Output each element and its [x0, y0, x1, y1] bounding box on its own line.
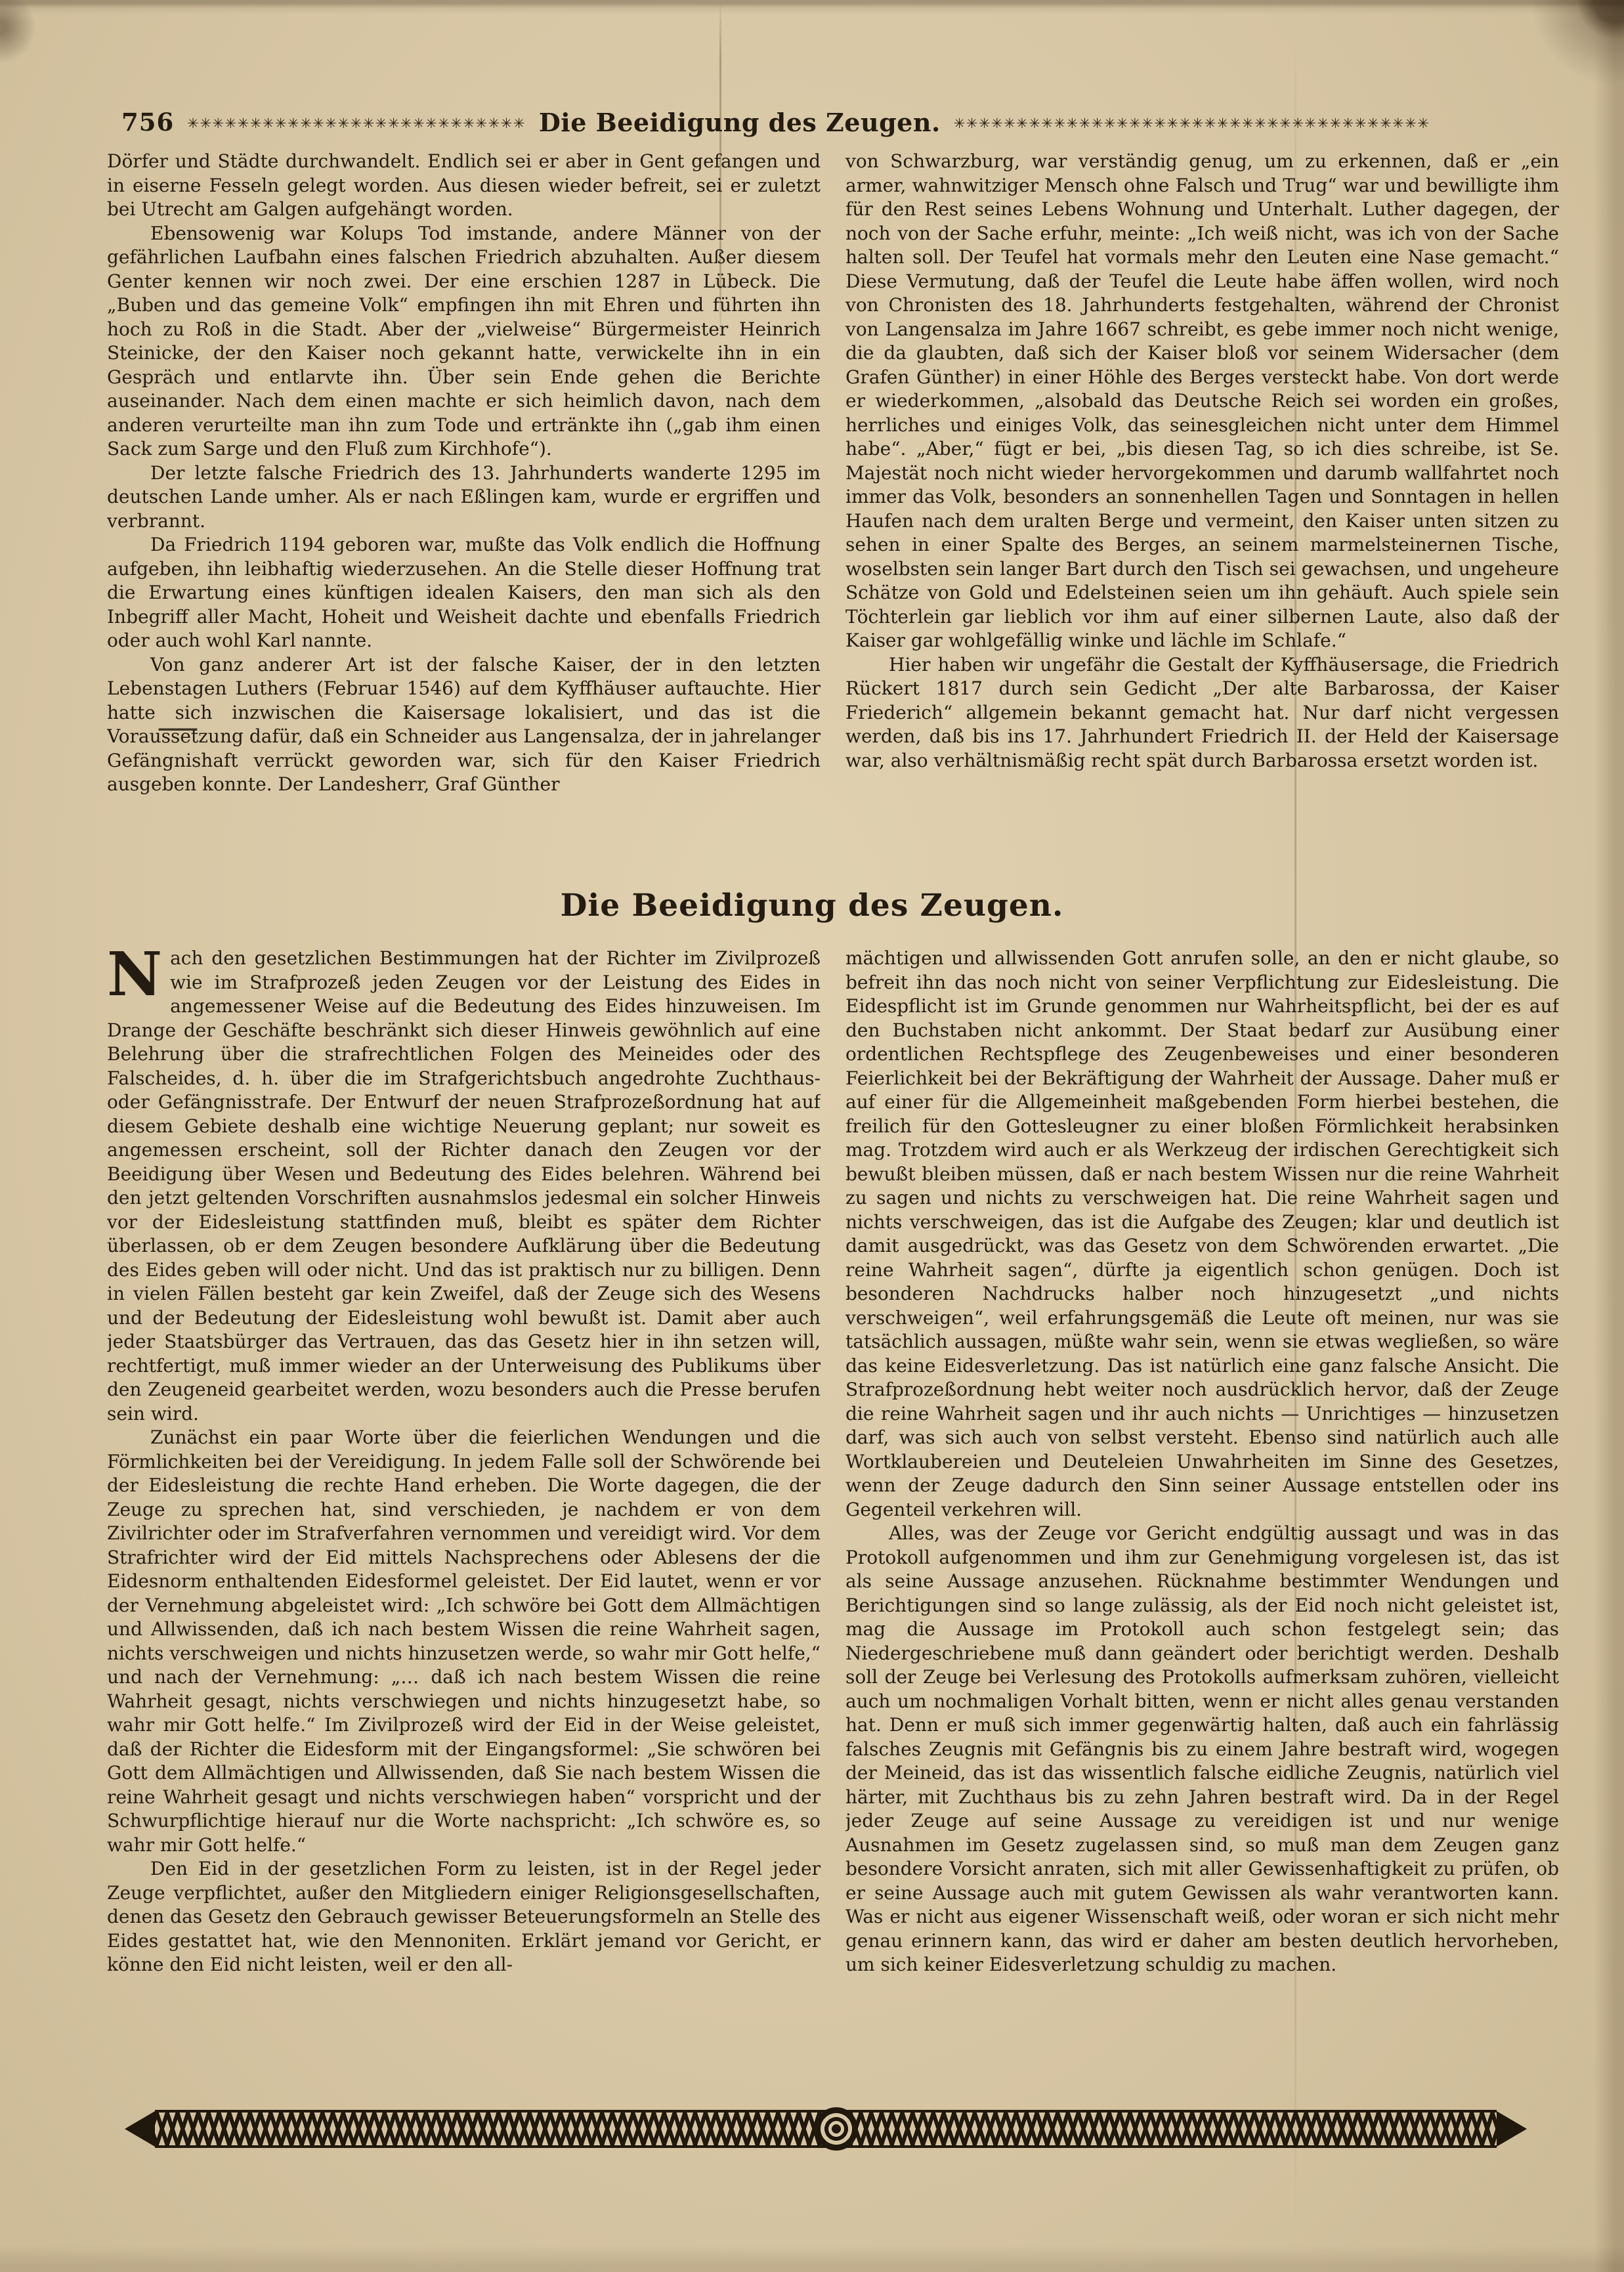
star-ornament-row-right: ✳✳✳✳✳✳✳✳✳✳✳✳✳✳✳✳✳✳✳✳✳✳✳✳✳✳✳✳✳✳✳✳✳✳✳✳✳✳: [954, 113, 1539, 131]
ornament-braid-strip: [155, 2110, 1497, 2148]
article1-columns: Dörfer und Städte durchwandelt. Endlich …: [107, 150, 1559, 886]
article2-left-column: Nach den gesetzlichen Bestimmungen hat d…: [107, 947, 821, 2084]
paragraph: von Schwarzburg, war verständig genug, u…: [845, 150, 1559, 653]
paragraph: Alles, was der Zeuge vor Gericht endgült…: [845, 1522, 1559, 1977]
star-ornament-row-left: ✳✳✳✳✳✳✳✳✳✳✳✳✳✳✳✳✳✳✳✳✳✳✳✳✳✳✳: [187, 113, 526, 131]
paragraph-with-dropcap: Nach den gesetzlichen Bestimmungen hat d…: [107, 947, 821, 1426]
running-title: Die Beeidigung des Zeugen.: [539, 108, 941, 137]
paragraph: Hier haben wir ungefähr die Gestalt der …: [845, 653, 1559, 773]
margin-dash-mark: —: [156, 717, 197, 740]
article-title: Die Beeidigung des Zeugen.: [0, 888, 1624, 924]
article1-right-column: von Schwarzburg, war verständig genug, u…: [845, 150, 1559, 886]
scanned-magazine-page: 756 ✳✳✳✳✳✳✳✳✳✳✳✳✳✳✳✳✳✳✳✳✳✳✳✳✳✳✳ Die Beei…: [0, 0, 1624, 2272]
bottom-ornament-band: [125, 2110, 1527, 2148]
paragraph: Den Eid in der gesetzlichen Form zu leis…: [107, 1857, 821, 1977]
paragraph-text: ach den gesetzlichen Bestimmungen hat de…: [107, 947, 821, 1425]
article1-left-column: Dörfer und Städte durchwandelt. Endlich …: [107, 150, 821, 886]
ornament-arrow-left-icon: [125, 2111, 155, 2147]
paragraph: Von ganz anderer Art ist der falsche Kai…: [107, 653, 821, 797]
paragraph: mächtigen und allwissenden Gott anrufen …: [845, 947, 1559, 1522]
ornament-medallion-icon: [815, 2107, 858, 2151]
paragraph: Zunächst ein paar Worte über die feierli…: [107, 1426, 821, 1857]
article2-columns: Nach den gesetzlichen Bestimmungen hat d…: [107, 947, 1559, 2084]
article2-right-column: mächtigen und allwissenden Gott anrufen …: [845, 947, 1559, 2084]
ornament-arrow-right-icon: [1497, 2111, 1527, 2147]
paragraph: Ebensowenig war Kolups Tod imstande, and…: [107, 222, 821, 461]
paragraph: Der letzte falsche Friedrich des 13. Jah…: [107, 461, 821, 534]
page-number: 756: [121, 108, 174, 137]
page-header: 756 ✳✳✳✳✳✳✳✳✳✳✳✳✳✳✳✳✳✳✳✳✳✳✳✳✳✳✳ Die Beei…: [121, 97, 1539, 147]
paragraph: Da Friedrich 1194 geboren war, mußte das…: [107, 533, 821, 653]
paragraph: Dörfer und Städte durchwandelt. Endlich …: [107, 150, 821, 222]
drop-cap: N: [107, 951, 162, 998]
